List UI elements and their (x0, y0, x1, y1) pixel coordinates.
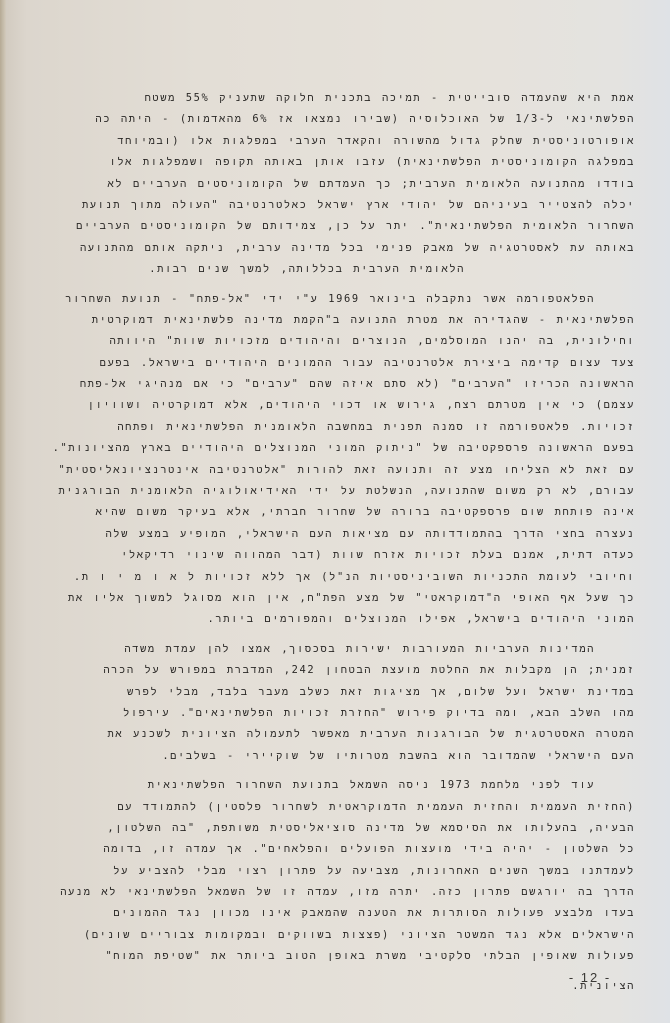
text-line: צעד עצום קדימה ביצירת אלטרנטיבה עבור ההמ… (60, 353, 635, 374)
text-line: עבורם, לא רק משום שהתנועה, הנשלטת על ידי… (60, 481, 635, 502)
text-line: העם הישראלי שהמדובר הוא בהשבת מטרותיו של… (60, 746, 635, 767)
text-line: בפעם הראשונה פרספקטיבה של "ניתוק המוני ה… (60, 438, 635, 459)
text-line: עם זאת לא הצליחו מצע זה ותנועה זאת להורו… (60, 460, 635, 481)
text-line: הציונית. (60, 976, 635, 997)
text-line: עוד לפני מלחמת 1973 ניסה השמאל בתנועת הש… (60, 775, 635, 796)
paragraph-1: אמת היא שהעמדה סובייטית - תמיכה בתכנית ח… (60, 88, 635, 281)
text-line: כך שעל אף האופי ה"דמוקראטי" של מצע הפת"ח… (60, 588, 635, 609)
text-line: פעולות שאופין הבלתי סלקטיבי משרת באופן ה… (60, 946, 635, 967)
text-line: נעצרה בחצי הדרך בהתמודדותה עם מציאות העם… (60, 524, 635, 545)
text-line: זמנית; הן מקבלות את החלטת מועצת הבטחון 2… (60, 660, 635, 681)
text-line: בודדו מהתנועה הלאומית הערבית; כך העמדתם … (60, 174, 635, 195)
text-line: עצמם) כי אין מטרתם רצח, גירוש או דכוי הי… (60, 395, 635, 416)
text-line: השחרור הלאומית הפלשתינאית". יתר על כן, צ… (60, 216, 635, 237)
text-line: מהו השלב הבא, ומה בדיוק פירוש "החזרת זכו… (60, 703, 635, 724)
text-line: הלאומית הערבית בכללותה, למשך שנים רבות. (60, 259, 635, 280)
typed-page-body: אמת היא שהעמדה סובייטית - תמיכה בתכנית ח… (60, 88, 635, 1005)
text-line: וחילונית, בה יהנו המוסלמים, הנוצרים והיה… (60, 331, 635, 352)
text-line: לעמדתנו במשך השנים האחרונות, מצביעה על פ… (60, 861, 635, 882)
text-line: הישראלים אלא נגד המשטר הציוני (פצצות בשו… (60, 925, 635, 946)
text-line: אמת היא שהעמדה סובייטית - תמיכה בתכנית ח… (60, 88, 635, 109)
text-line: בעדו מלבצע פעולות הסותרות את הטענה שהמאב… (60, 903, 635, 924)
text-line: במפלגה הקומוניסטית הפלשתינאית) עזבו אותן… (60, 152, 635, 173)
text-line: וחיובי לעומת התכניות השוביניסטיות הנ"ל) … (60, 567, 635, 588)
text-line: כל השלטון - יהיה בידי מועצות הפועלים והפ… (60, 839, 635, 860)
text-line: במדינת ישראל ועל שלום, אך מציגות זאת כשל… (60, 682, 635, 703)
page-number: - 12 - (560, 970, 620, 985)
text-line: (החזית העממית והחזית העממית הדמוקראטית ל… (60, 797, 635, 818)
text-line: זכויות. פלאטפורמה זו סמנה תפנית במחשבה ה… (60, 417, 635, 438)
text-line: המדינות הערביות המעורבות ישירות בסכסוך, … (60, 639, 635, 660)
text-line: יכלה להצטייר בעיניהם של יהודי ארץ ישראל … (60, 195, 635, 216)
text-line: המוני היהודים בישראל, אפילו המנוצלים והמ… (60, 609, 635, 630)
text-line: באותה עת לאסטרטגיה של מאבק פנימי בכל מדי… (60, 238, 635, 259)
text-line: כעדה דתית, אמנם בעלת זכויות אזרח שוות (ד… (60, 545, 635, 566)
page-left-edge (0, 0, 6, 1023)
text-line: הראשונה הכריזו "הערבים" (לא סתם איזה שהם… (60, 374, 635, 395)
text-line: הפלשתינאית - שהגדירה את מטרת התנועה ב"הק… (60, 310, 635, 331)
text-line: אינה פותחת שום פרספקטיבה ברורה של שחרור … (60, 502, 635, 523)
text-line: הדרך בה יורגשם פתרון כזה. יתרה מזו, עמדה… (60, 882, 635, 903)
text-line: אופורטוניסטית שחלק גדול מהשורה והקאדר הע… (60, 131, 635, 152)
text-line: המטרה האסטרטגית של הבורגנות הערבית מאפשר… (60, 724, 635, 745)
paragraph-2: הפלאטפורמה אשר נתקבלה בינואר 1969 ע"י יד… (60, 289, 635, 631)
text-line: הבעיה, בהעלותו את הסיסמא של מדינה סוציאל… (60, 818, 635, 839)
paragraph-3: המדינות הערביות המעורבות ישירות בסכסוך, … (60, 639, 635, 767)
paragraph-4: עוד לפני מלחמת 1973 ניסה השמאל בתנועת הש… (60, 775, 635, 997)
text-line: הפלאטפורמה אשר נתקבלה בינואר 1969 ע"י יד… (60, 289, 635, 310)
text-line: הפלשתינאי ל-1/3 של האוכלוסיה (שבירו נמצא… (60, 109, 635, 130)
